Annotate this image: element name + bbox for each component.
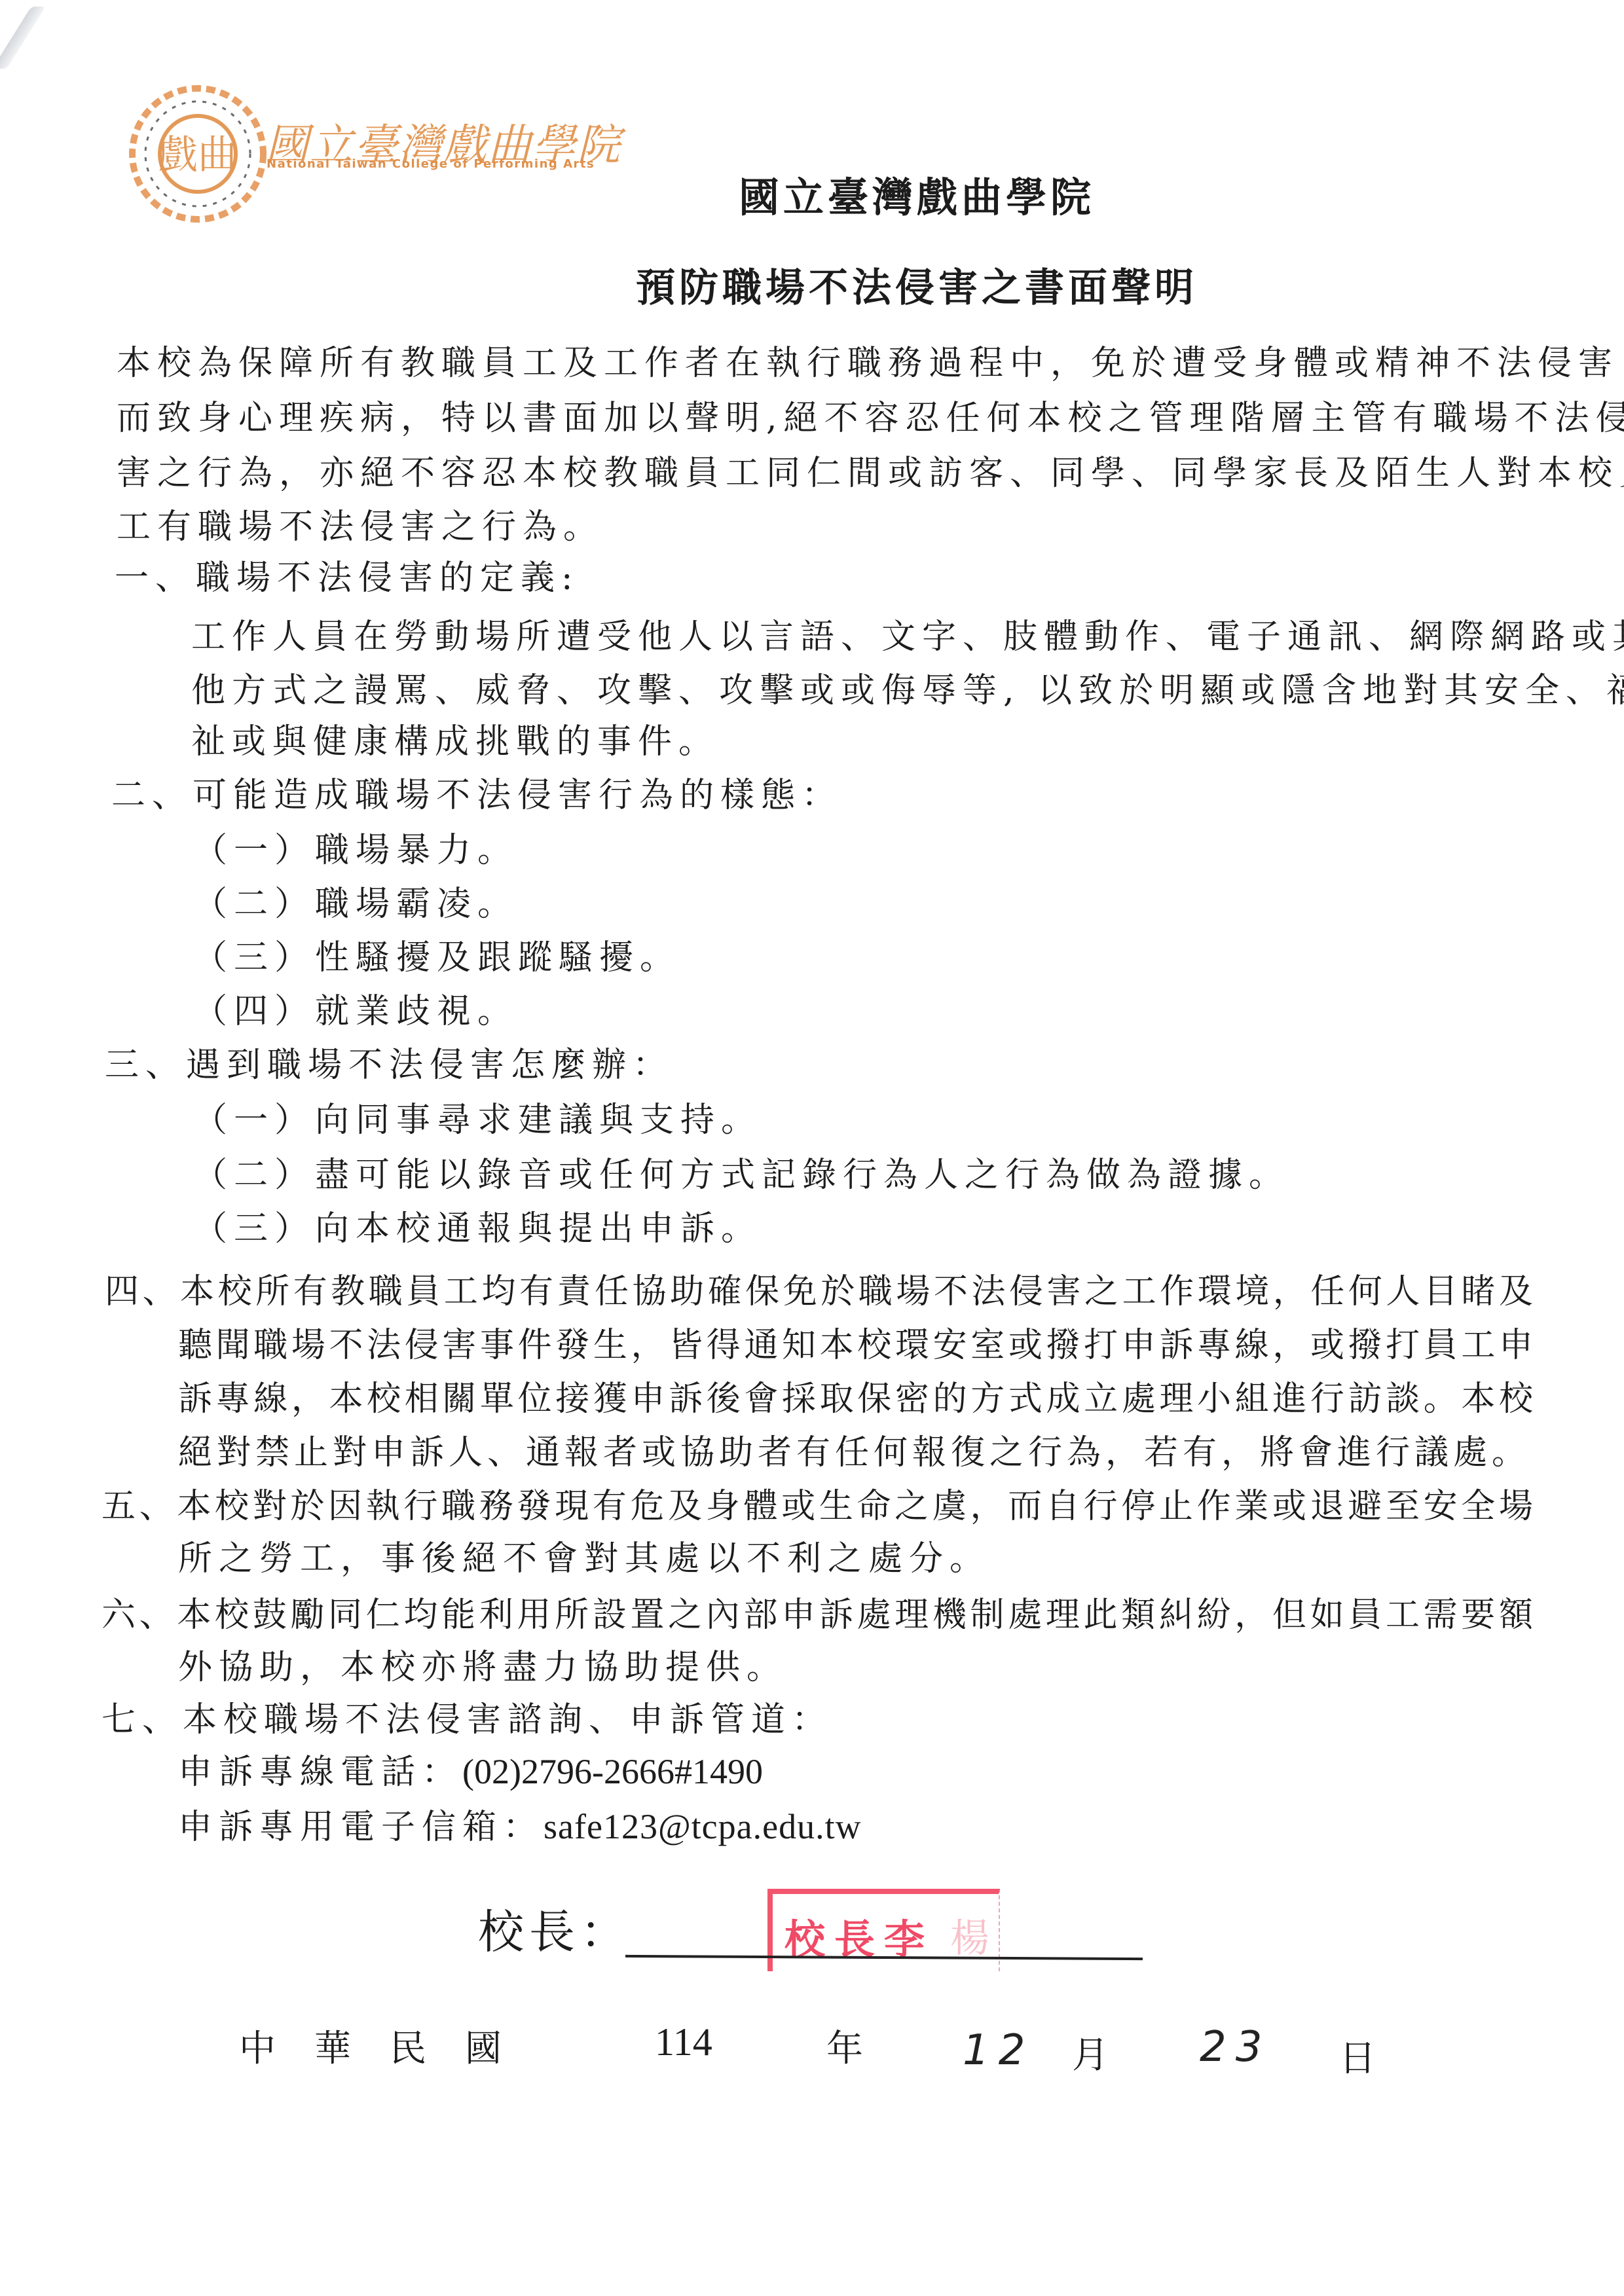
section-1-body: 祉或與健康構成挑戰的事件。 xyxy=(191,714,719,763)
date-day-label: 日 xyxy=(1339,2030,1376,2082)
section-1-body: 他方式之謾罵、威脅、攻擊、攻擊或或侮辱等, 以致於明顯或隱含地對其安全、福 xyxy=(191,663,1537,712)
intro-line: 而致身心理疾病，特以書面加以聲明,絕不容忍任何本校之管理階層主管有職場不法侵 xyxy=(117,390,1541,439)
date-era-char: 國 xyxy=(465,2020,502,2072)
date-year: 114 xyxy=(655,2020,712,2065)
section-5-line: 所之勞工，事後絕不會對其處以不利之處分。 xyxy=(178,1531,990,1580)
date-era-char: 民 xyxy=(390,2020,426,2072)
intro-line: 本校為保障所有教職員工及工作者在執行職務過程中，免於遭受身體或精神不法侵害 xyxy=(117,335,1541,384)
document-subtitle: 預防職場不法侵害之書面聲明 xyxy=(0,257,1624,313)
section-2-heading: 二、可能造成職場不法侵害行為的樣態： xyxy=(111,767,842,816)
complaint-email: 申訴專用電子信箱：safe123@tcpa.edu.tw xyxy=(178,1799,862,1848)
date-month-handwritten: 12 xyxy=(963,2026,1034,2075)
date-era-char: 華 xyxy=(314,2020,351,2072)
section-5-line: 五、本校對於因執行職務發現有危及身體或生命之虞，而自行停止作業或退避至安全場 xyxy=(101,1478,1536,1527)
date-year-label: 年 xyxy=(826,2020,863,2072)
section-3-heading: 三、遇到職場不法侵害怎麼辦： xyxy=(105,1037,673,1086)
president-label: 校長： xyxy=(478,1895,631,1961)
phone-label: 申訴專線電話： xyxy=(178,1753,462,1792)
date-era-char: 中 xyxy=(239,2020,276,2072)
email-address: safe123@tcpa.edu.tw xyxy=(544,1807,862,1846)
date-day-handwritten: 23 xyxy=(1200,2023,1271,2071)
section-1-body: 工作人員在勞動場所遭受他人以言語、文字、肢體動作、電子通訊、網際網路或其 xyxy=(191,609,1537,658)
section-3-item: （一）向同事尋求建議與支持。 xyxy=(193,1092,762,1141)
intro-line: 工有職場不法侵害之行為。 xyxy=(117,499,604,548)
scan-artifact xyxy=(0,7,46,69)
section-2-item: （三）性騷擾及跟蹤騷擾。 xyxy=(193,930,680,979)
section-3-item: （二）盡可能以錄音或任何方式記錄行為人之行為做為證據。 xyxy=(193,1147,1289,1196)
section-3-item: （三）向本校通報與提出申訴。 xyxy=(193,1201,762,1250)
email-label: 申訴專用電子信箱： xyxy=(178,1808,544,1847)
phone-number: (02)2796-2666#1490 xyxy=(462,1752,763,1791)
section-6-line: 外協助，本校亦將盡力協助提供。 xyxy=(178,1639,787,1688)
section-4-line: 訴專線，本校相關單位接獲申訴後會採取保密的方式成立處理小組進行訪談。本校 xyxy=(178,1371,1536,1420)
section-6-line: 六、本校鼓勵同仁均能利用所設置之內部申訴處理機制處理此類糾紛，但如員工需要額 xyxy=(101,1587,1536,1636)
section-2-item: （一）職場暴力。 xyxy=(193,822,518,871)
intro-line: 害之行為，亦絕不容忍本校教職員工同仁間或訪客、同學、同學家長及陌生人對本校員 xyxy=(117,445,1541,494)
section-4-line: 四、本校所有教職員工均有責任協助確保免於職場不法侵害之工作環境，任何人目睹及 xyxy=(105,1264,1536,1313)
document-title: 國立臺灣戲曲學院 xyxy=(0,165,1624,223)
section-2-item: （四）就業歧視。 xyxy=(193,983,518,1032)
date-month-label: 月 xyxy=(1072,2026,1109,2079)
section-7-heading: 七、本校職場不法侵害諮詢、申訴管道： xyxy=(101,1692,832,1741)
complaint-phone: 申訴專線電話：(02)2796-2666#1490 xyxy=(178,1744,763,1793)
section-1-heading: 一、職場不法侵害的定義: xyxy=(115,550,580,599)
section-2-item: （二）職場霸凌。 xyxy=(193,876,518,925)
section-4-line: 絕對禁止對申訴人、通報者或協助者有任何報復之行為，若有，將會進行議處。 xyxy=(178,1425,1530,1474)
section-4-line: 聽聞職場不法侵害事件發生，皆得通知本校環安室或撥打申訴專線，或撥打員工申 xyxy=(178,1317,1536,1366)
stamp-faint-char: 楊 xyxy=(950,1907,989,1963)
